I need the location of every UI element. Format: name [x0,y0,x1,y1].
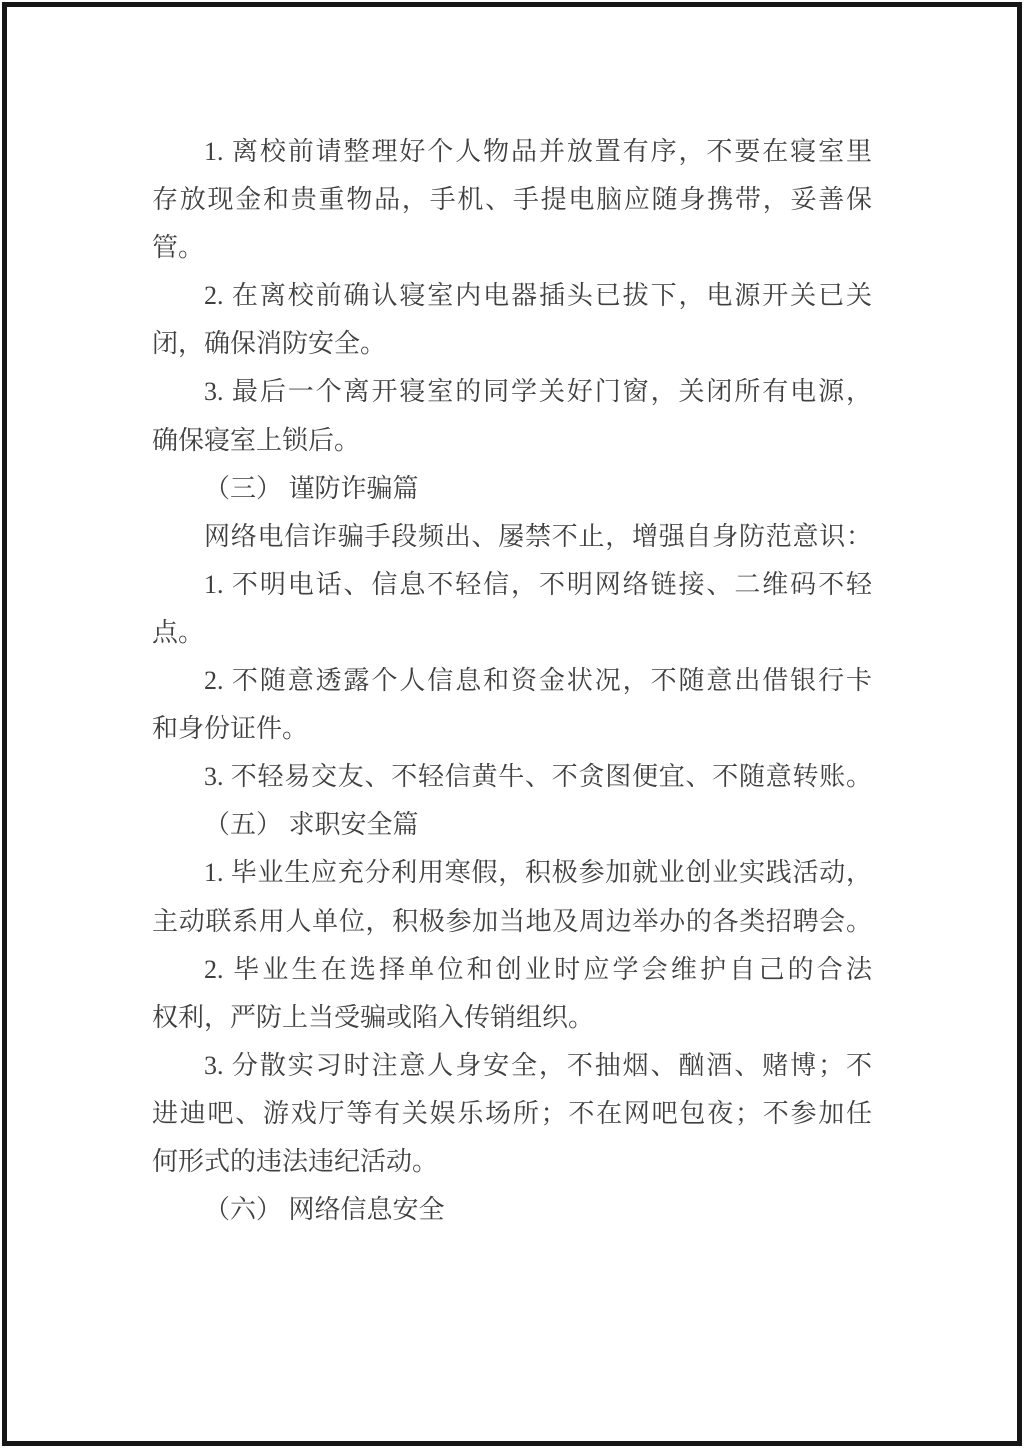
text-line: 权利，严防上当受骗或陷入传销组织。 [152,994,872,1042]
text-line: 2. 不随意透露个人信息和资金状况，不随意出借银行卡 [152,657,872,705]
text-line: 点。 [152,609,872,657]
text-line: 进迪吧、游戏厅等有关娱乐场所；不在网吧包夜；不参加任 [152,1090,872,1138]
text-line: 何形式的违法违纪活动。 [152,1138,872,1186]
text-line: 网络电信诈骗手段频出、屡禁不止，增强自身防范意识： [152,513,872,561]
text-line: （三） 谨防诈骗篇 [152,465,872,513]
text-line: （五） 求职安全篇 [152,801,872,849]
text-line: 确保寝室上锁后。 [152,417,872,465]
text-line: 主动联系用人单位，积极参加当地及周边举办的各类招聘会。 [152,898,872,946]
document-page: 1. 离校前请整理好个人物品并放置有序，不要在寝室里存放现金和贵重物品，手机、手… [152,128,872,1234]
text-line: 闭，确保消防安全。 [152,320,872,368]
text-line: （六） 网络信息安全 [152,1186,872,1234]
text-line: 1. 毕业生应充分利用寒假，积极参加就业创业实践活动， [152,849,872,897]
text-line: 3. 分散实习时注意人身安全，不抽烟、酗酒、赌博；不 [152,1042,872,1090]
text-line: 2. 毕业生在选择单位和创业时应学会维护自己的合法 [152,946,872,994]
text-line: 1. 不明电话、信息不轻信，不明网络链接、二维码不轻 [152,561,872,609]
text-line: 2. 在离校前确认寝室内电器插头已拔下，电源开关已关 [152,272,872,320]
text-line: 3. 不轻易交友、不轻信黄牛、不贪图便宜、不随意转账。 [152,753,872,801]
text-line: 管。 [152,224,872,272]
text-line: 3. 最后一个离开寝室的同学关好门窗，关闭所有电源， [152,368,872,416]
text-line: 1. 离校前请整理好个人物品并放置有序，不要在寝室里 [152,128,872,176]
text-line: 存放现金和贵重物品，手机、手提电脑应随身携带，妥善保 [152,176,872,224]
text-line: 和身份证件。 [152,705,872,753]
